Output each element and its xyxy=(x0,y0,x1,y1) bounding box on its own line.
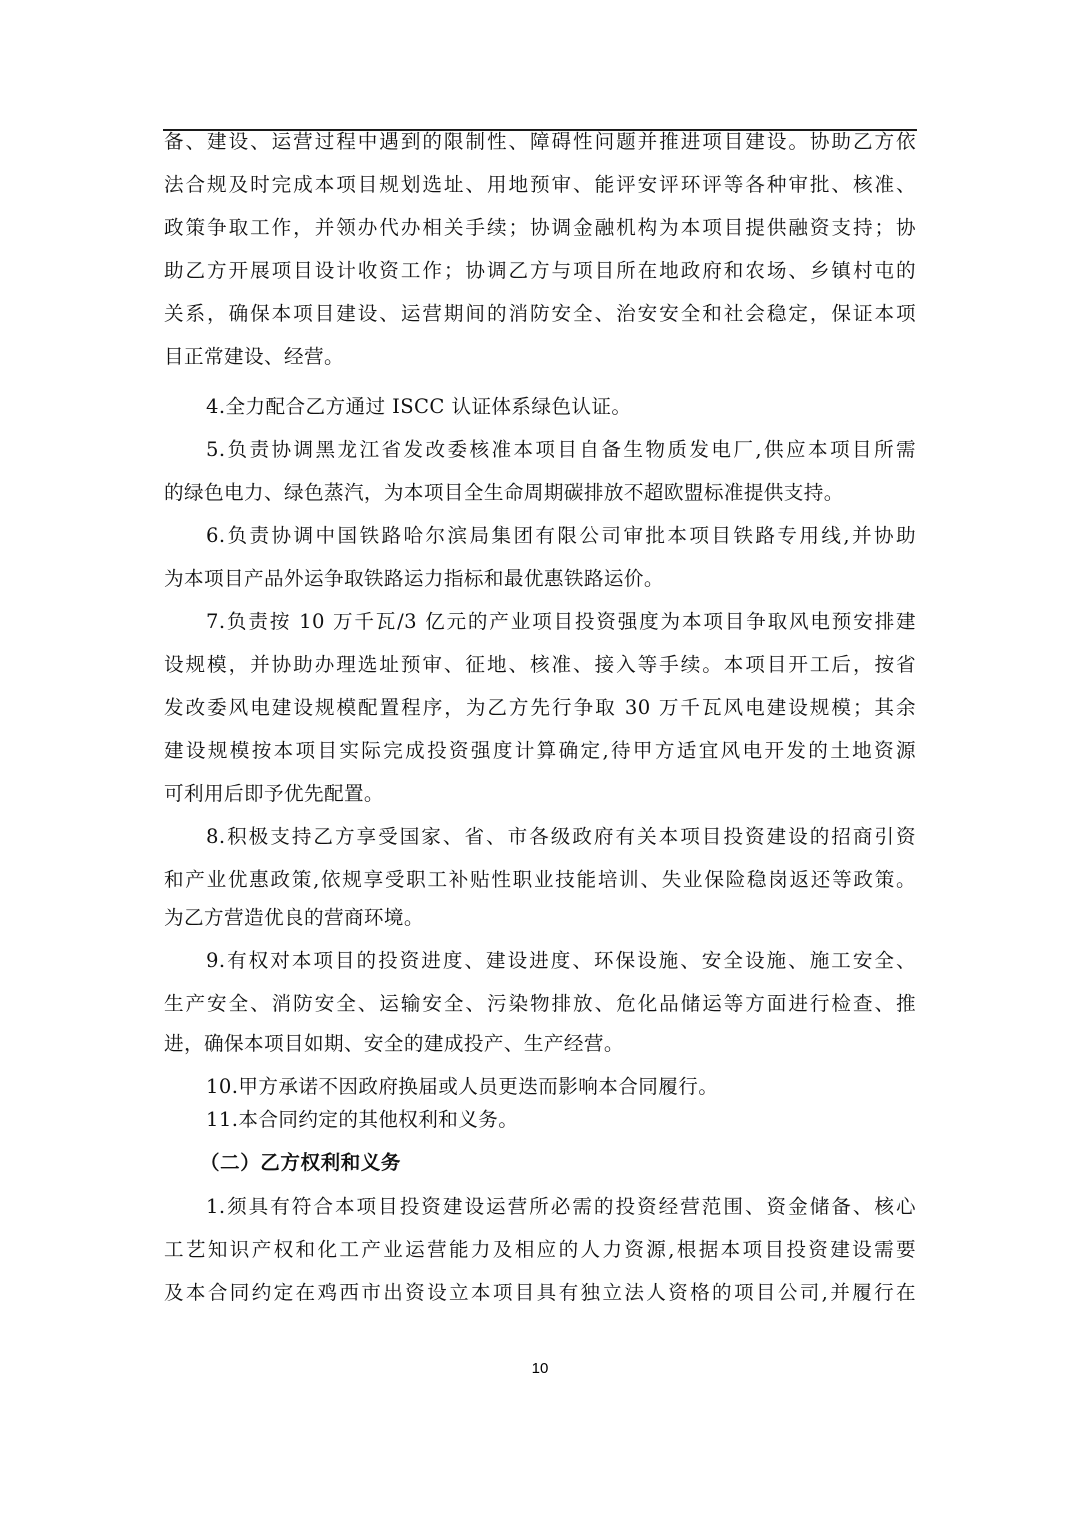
text-line: 为乙方营造优良的营商环境。 xyxy=(164,904,916,932)
text-line: 设规模，并协助办理选址预审、征地、核准、接入等手续。本项目开工后，按省 xyxy=(164,651,916,679)
text-line: 法合规及时完成本项目规划选址、用地预审、能评安评环评等各种审批、核准、 xyxy=(164,171,916,199)
text-line: 9.有权对本项目的投资进度、建设进度、环保设施、安全设施、施工安全、 xyxy=(206,947,916,975)
text-line: 备、建设、运营过程中遇到的限制性、障碍性问题并推进项目建设。协助乙方依 xyxy=(164,128,916,156)
text-line: 进，确保本项目如期、安全的建成投产、生产经营。 xyxy=(164,1030,916,1058)
text-line: 政策争取工作，并领办代办相关手续；协调金融机构为本项目提供融资支持；协 xyxy=(164,214,916,242)
text-line: 关系，确保本项目建设、运营期间的消防安全、治安安全和社会稳定，保证本项 xyxy=(164,300,916,328)
text-line: 8.积极支持乙方享受国家、省、市各级政府有关本项目投资建设的招商引资 xyxy=(206,823,916,851)
page-number: 10 xyxy=(0,1360,1080,1377)
text-line: 及本合同约定在鸡西市出资设立本项目具有独立法人资格的项目公司,并履行在 xyxy=(164,1279,916,1307)
text-line: 为本项目产品外运争取铁路运力指标和最优惠铁路运价。 xyxy=(164,565,916,593)
text-line: 和产业优惠政策,依规享受职工补贴性职业技能培训、失业保险稳岗返还等政策。 xyxy=(164,866,916,894)
text-line: 建设规模按本项目实际完成投资强度计算确定,待甲方适宜风电开发的土地资源 xyxy=(164,737,916,765)
text-line: 10.甲方承诺不因政府换届或人员更迭而影响本合同履行。 xyxy=(206,1073,916,1101)
text-line: 的绿色电力、绿色蒸汽，为本项目全生命周期碳排放不超欧盟标准提供支持。 xyxy=(164,479,916,507)
text-line: 1.须具有符合本项目投资建设运营所必需的投资经营范围、资金储备、核心 xyxy=(206,1193,916,1221)
document-page: 备、建设、运营过程中遇到的限制性、障碍性问题并推进项目建设。协助乙方依法合规及时… xyxy=(0,0,1080,1527)
text-line: 11.本合同约定的其他权利和义务。 xyxy=(206,1106,916,1134)
text-line: 6.负责协调中国铁路哈尔滨局集团有限公司审批本项目铁路专用线,并协助 xyxy=(206,522,916,550)
text-line: 7.负责按 10 万千瓦/3 亿元的产业项目投资强度为本项目争取风电预安排建 xyxy=(206,608,916,636)
text-line: 可利用后即予优先配置。 xyxy=(164,780,916,808)
text-line: 发改委风电建设规模配置程序，为乙方先行争取 30 万千瓦风电建设规模；其余 xyxy=(164,694,916,722)
section-heading: （二）乙方权利和义务 xyxy=(200,1149,401,1177)
text-line: 工艺知识产权和化工产业运营能力及相应的人力资源,根据本项目投资建设需要 xyxy=(164,1236,916,1264)
text-line: 5.负责协调黑龙江省发改委核准本项目自备生物质发电厂,供应本项目所需 xyxy=(206,436,916,464)
text-line: 目正常建设、经营。 xyxy=(164,343,916,371)
text-line: 4.全力配合乙方通过 ISCC 认证体系绿色认证。 xyxy=(206,393,916,421)
text-line: 生产安全、消防安全、运输安全、污染物排放、危化品储运等方面进行检查、推 xyxy=(164,990,916,1018)
text-line: 助乙方开展项目设计收资工作；协调乙方与项目所在地政府和农场、乡镇村屯的 xyxy=(164,257,916,285)
